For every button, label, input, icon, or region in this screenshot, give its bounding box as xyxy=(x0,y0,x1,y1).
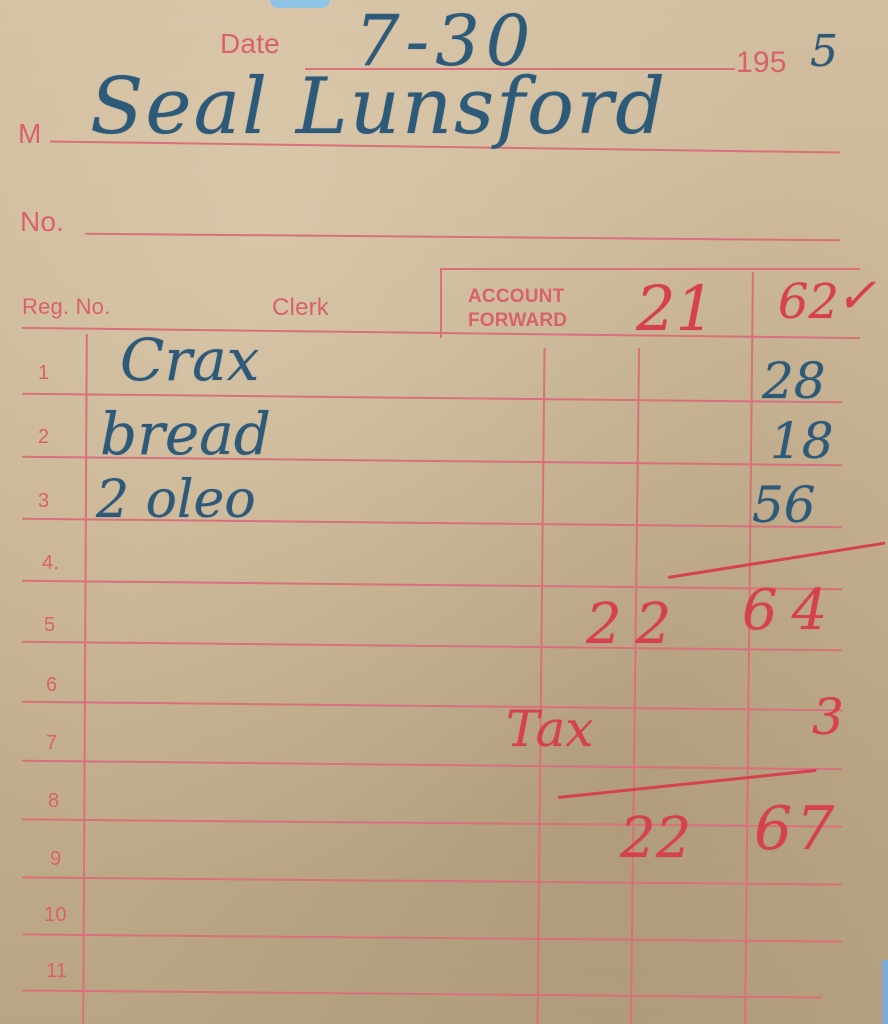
row-number: 4. xyxy=(42,552,59,575)
tax-label: Tax xyxy=(506,700,593,758)
grid-line-11 xyxy=(22,990,822,999)
number-label: No. xyxy=(20,206,64,238)
row-number: 10 xyxy=(44,904,67,927)
subtotal-dollars: 22 xyxy=(586,592,685,657)
total-cents: 67 xyxy=(754,794,838,864)
line-item-description: 2 oleo xyxy=(96,470,256,530)
tax-cents: 3 xyxy=(812,688,844,746)
line-item-cents: 18 xyxy=(770,412,834,470)
background-edge xyxy=(882,960,888,1024)
subtotal-underline xyxy=(668,542,886,579)
year-suffix: 5 xyxy=(810,26,838,77)
account-box-top xyxy=(440,268,860,270)
grid-col-amount-left xyxy=(536,348,545,1024)
customer-name: Seal Lunsford xyxy=(90,62,667,152)
check-mark-icon: ✓ xyxy=(836,268,876,324)
number-line xyxy=(85,233,840,242)
subtotal-cents: 64 xyxy=(742,578,841,643)
grid-line-9 xyxy=(22,876,842,885)
clerk-header: Clerk xyxy=(272,294,329,322)
row-number: 5 xyxy=(44,614,55,637)
reg-no-header: Reg. No. xyxy=(22,294,110,320)
row-number: 1 xyxy=(38,362,49,385)
total-dollars: 22 xyxy=(620,806,691,871)
grid-col-dollars-left xyxy=(630,348,640,1024)
binding-tab xyxy=(270,0,330,8)
grid-line-8 xyxy=(22,818,842,827)
account-forward-cents: 62 xyxy=(778,274,839,330)
grid-line-6 xyxy=(22,701,842,712)
line-item-description: bread xyxy=(100,400,271,468)
line-item-cents: 56 xyxy=(752,476,816,534)
row-number: 6 xyxy=(46,674,57,697)
row-number: 8 xyxy=(48,790,59,813)
account-forward-line1: ACCOUNT xyxy=(468,286,564,308)
grid-line-7 xyxy=(22,760,842,771)
year-prefix: 195 xyxy=(736,46,787,80)
row-number: 2 xyxy=(38,426,49,449)
date-label: Date xyxy=(220,28,280,60)
row-number: 7 xyxy=(46,732,57,755)
account-forward-line2: FORWARD xyxy=(468,310,567,332)
row-number: 9 xyxy=(50,848,61,871)
grid-line-10 xyxy=(22,933,842,942)
grid-line-4 xyxy=(22,580,842,591)
row-number: 11 xyxy=(46,960,67,983)
customer-label: M xyxy=(18,118,42,150)
line-item-description: Crax xyxy=(120,326,259,394)
grid-col-desc-left xyxy=(82,334,88,1024)
account-box-left xyxy=(440,268,442,338)
row-number: 3 xyxy=(38,490,49,513)
sales-receipt: Date 195 5 7-30 M Seal Lunsford No. Reg.… xyxy=(0,0,888,1024)
line-item-cents: 28 xyxy=(762,352,826,410)
grid-line-5 xyxy=(22,641,842,652)
